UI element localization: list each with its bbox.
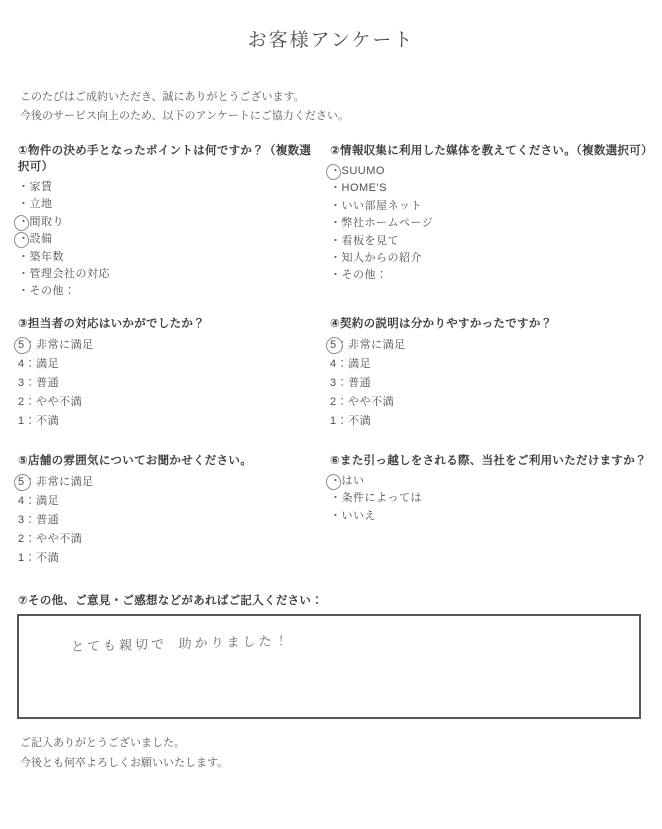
option-label: やや不満 — [36, 396, 82, 408]
option-marker-glyph: ・ — [330, 165, 342, 177]
option-marker: ・ — [330, 250, 342, 267]
option-marker-glyph: ・ — [18, 233, 30, 245]
option-marker: 5 — [18, 473, 25, 492]
option-marker: ・ — [330, 215, 342, 232]
option-label: 非常に満足 — [36, 476, 94, 488]
option-marker-glyph: ・ — [330, 269, 342, 281]
option-label: 弊社ホームページ — [342, 217, 434, 229]
option-marker-glyph: 4 — [330, 358, 337, 370]
question-7-title: ⑦その他、ご意見・ご感想などがあればご記入ください： — [18, 592, 323, 608]
option-marker: 1 — [330, 412, 337, 431]
option-separator: ： — [337, 339, 349, 351]
option-label: 看板を見て — [342, 235, 400, 247]
option-marker-glyph: 5 — [18, 476, 25, 488]
option-label: 満足 — [36, 495, 59, 507]
question-1-options: ・家賃 ・立地 ・間取り ・設備 ・築年数 ・管理会社の対応 ・その他： — [18, 179, 323, 301]
option-marker-glyph: 3 — [18, 514, 25, 526]
option-marker-glyph: ・ — [330, 492, 342, 504]
option-label: その他： — [30, 285, 76, 297]
option-label: SUUMO — [342, 165, 385, 177]
option-label: 普通 — [36, 377, 59, 389]
survey-option: ・築年数 — [18, 249, 323, 266]
survey-option: ・間取り — [18, 214, 323, 231]
option-marker: ・ — [18, 214, 30, 231]
option-marker: ・ — [330, 267, 342, 284]
option-label: やや不満 — [348, 396, 394, 408]
option-label: 家賃 — [30, 181, 53, 193]
option-marker-glyph: 3 — [18, 377, 25, 389]
option-separator: ： — [25, 552, 37, 564]
option-marker: ・ — [18, 196, 30, 213]
option-marker: 1 — [18, 549, 25, 568]
question-6-use-again: ⑥また引っ越しをされる際、当社をご利用いただけますか？ ・はい ・条件によっては… — [330, 452, 655, 525]
survey-option: 5：非常に満足 — [330, 336, 655, 355]
option-marker: ・ — [330, 180, 342, 197]
option-marker: ・ — [330, 163, 342, 180]
option-label: やや不満 — [36, 533, 82, 545]
option-label: 普通 — [36, 514, 59, 526]
option-label: はい — [342, 475, 365, 487]
option-marker: ・ — [18, 283, 30, 300]
option-marker-glyph: ・ — [330, 252, 342, 264]
option-marker: 2 — [18, 393, 25, 412]
footer-line-2: 今後とも何卒よろしくお願いいたします。 — [20, 753, 228, 773]
option-marker-glyph: ・ — [330, 510, 342, 522]
option-marker-glyph: 2 — [330, 396, 337, 408]
option-label: 条件によっては — [342, 492, 423, 504]
comment-box: とても親切で 助かりました！ — [17, 614, 641, 719]
option-marker: ・ — [330, 508, 342, 525]
question-4-contract-rating: ④契約の説明は分かりやすかったですか？ 5：非常に満足 4：満足 3：普通 2：… — [330, 315, 655, 431]
option-separator: ： — [25, 339, 37, 351]
survey-option: 5：非常に満足 — [18, 336, 323, 355]
option-marker: 4 — [18, 492, 25, 511]
option-marker: 4 — [18, 355, 25, 374]
option-marker-glyph: 1 — [18, 552, 25, 564]
survey-option: ・はい — [330, 473, 655, 490]
option-marker-glyph: 3 — [330, 377, 337, 389]
survey-document: お客様アンケート このたびはご成約いただき、誠にありがとうございます。 今後のサ… — [0, 0, 662, 829]
question-5-title: ⑤店舗の雰囲気についてお聞かせください。 — [18, 452, 323, 468]
option-marker: 5 — [330, 336, 337, 355]
survey-option: 2：やや不満 — [18, 393, 323, 412]
option-marker: ・ — [18, 179, 30, 196]
option-marker-glyph: 5 — [330, 339, 337, 351]
option-separator: ： — [25, 415, 37, 427]
option-marker: ・ — [330, 473, 342, 490]
option-marker-glyph: ・ — [18, 285, 30, 297]
option-marker: 3 — [18, 511, 25, 530]
survey-option: 1：不満 — [18, 549, 323, 568]
survey-option: 1：不満 — [18, 412, 323, 431]
question-5-options: 5：非常に満足 4：満足 3：普通 2：やや不満 1：不満 — [18, 473, 323, 568]
option-label: 築年数 — [30, 251, 65, 263]
option-label: いいえ — [342, 510, 377, 522]
option-marker-glyph: 2 — [18, 396, 25, 408]
survey-option: ・いい部屋ネット — [330, 198, 655, 215]
option-marker-glyph: 4 — [18, 358, 25, 370]
option-marker-glyph: ・ — [18, 268, 30, 280]
option-label: 間取り — [30, 216, 65, 228]
option-label: 不満 — [36, 415, 59, 427]
survey-option: ・弊社ホームページ — [330, 215, 655, 232]
question-6-title: ⑥また引っ越しをされる際、当社をご利用いただけますか？ — [330, 452, 655, 468]
option-label: 非常に満足 — [348, 339, 406, 351]
option-marker-glyph: ・ — [18, 216, 30, 228]
option-separator: ： — [25, 476, 37, 488]
question-6-options: ・はい ・条件によっては ・いいえ — [330, 473, 655, 525]
survey-option: ・その他： — [18, 283, 323, 300]
option-marker: 2 — [18, 530, 25, 549]
question-4-title: ④契約の説明は分かりやすかったですか？ — [330, 315, 655, 331]
survey-option: 3：普通 — [330, 374, 655, 393]
intro-line-1: このたびはご成約いただき、誠にありがとうございます。 — [20, 88, 349, 107]
survey-option: 3：普通 — [18, 511, 323, 530]
option-marker: 2 — [330, 393, 337, 412]
option-marker-glyph: ・ — [18, 181, 30, 193]
survey-option: ・看板を見て — [330, 233, 655, 250]
survey-option: 4：満足 — [18, 492, 323, 511]
survey-option: ・家賃 — [18, 179, 323, 196]
footer-text: ご記入ありがとうございました。 今後とも何卒よろしくお願いいたします。 — [20, 733, 228, 773]
option-label: 設備 — [30, 233, 53, 245]
question-1-property-points: ①物件の決め手となったポイントは何ですか？（複数選択可） ・家賃 ・立地 ・間取… — [18, 142, 323, 301]
survey-option: 4：満足 — [18, 355, 323, 374]
survey-option: 4：満足 — [330, 355, 655, 374]
survey-option: 3：普通 — [18, 374, 323, 393]
survey-option: ・設備 — [18, 231, 323, 248]
survey-option: 2：やや不満 — [330, 393, 655, 412]
survey-option: ・管理会社の対応 — [18, 266, 323, 283]
option-separator: ： — [25, 396, 37, 408]
option-separator: ： — [25, 495, 37, 507]
option-label: その他： — [342, 269, 388, 281]
option-marker-glyph: 1 — [18, 415, 25, 427]
option-label: 満足 — [36, 358, 59, 370]
option-marker-glyph: 4 — [18, 495, 25, 507]
option-marker: ・ — [330, 233, 342, 250]
handwritten-comment: とても親切で 助かりました！ — [71, 630, 291, 655]
survey-option: 5：非常に満足 — [18, 473, 323, 492]
question-3-staff-rating: ③担当者の対応はいかがでしたか？ 5：非常に満足 4：満足 3：普通 2：やや不… — [18, 315, 323, 431]
option-marker: 3 — [18, 374, 25, 393]
intro-line-2: 今後のサービス向上のため、以下のアンケートにご協力ください。 — [20, 107, 349, 126]
survey-option: ・立地 — [18, 196, 323, 213]
survey-option: ・条件によっては — [330, 490, 655, 507]
option-separator: ： — [337, 415, 349, 427]
survey-option: ・HOME'S — [330, 180, 655, 197]
option-separator: ： — [25, 358, 37, 370]
question-1-title: ①物件の決め手となったポイントは何ですか？（複数選択可） — [18, 142, 323, 174]
option-marker-glyph: ・ — [330, 217, 342, 229]
option-label: 不満 — [348, 415, 371, 427]
option-marker-glyph: ・ — [330, 235, 342, 247]
question-2-title: ②情報収集に利用した媒体を教えてください。（複数選択可） — [330, 142, 655, 158]
question-4-options: 5：非常に満足 4：満足 3：普通 2：やや不満 1：不満 — [330, 336, 655, 431]
question-5-shop-atmosphere-rating: ⑤店舗の雰囲気についてお聞かせください。 5：非常に満足 4：満足 3：普通 2… — [18, 452, 323, 568]
option-marker: ・ — [18, 231, 30, 248]
option-label: 不満 — [36, 552, 59, 564]
option-separator: ： — [25, 377, 37, 389]
survey-option: 1：不満 — [330, 412, 655, 431]
option-separator: ： — [337, 358, 349, 370]
survey-option: ・その他： — [330, 267, 655, 284]
question-3-options: 5：非常に満足 4：満足 3：普通 2：やや不満 1：不満 — [18, 336, 323, 431]
option-marker: ・ — [330, 198, 342, 215]
option-label: 管理会社の対応 — [30, 268, 111, 280]
option-marker: ・ — [18, 249, 30, 266]
question-2-options: ・SUUMO ・HOME'S ・いい部屋ネット ・弊社ホームページ ・看板を見て… — [330, 163, 655, 285]
page-title: お客様アンケート — [0, 25, 662, 52]
question-2-media-sources: ②情報収集に利用した媒体を教えてください。（複数選択可） ・SUUMO ・HOM… — [330, 142, 655, 285]
option-marker: ・ — [330, 490, 342, 507]
option-label: 知人からの紹介 — [342, 252, 423, 264]
option-marker: 4 — [330, 355, 337, 374]
survey-option: 2：やや不満 — [18, 530, 323, 549]
survey-option: ・SUUMO — [330, 163, 655, 180]
option-separator: ： — [337, 377, 349, 389]
intro-text: このたびはご成約いただき、誠にありがとうございます。 今後のサービス向上のため、… — [20, 88, 349, 126]
option-separator: ： — [337, 396, 349, 408]
option-label: 立地 — [30, 198, 53, 210]
option-marker-glyph: ・ — [330, 182, 342, 194]
option-marker: 1 — [18, 412, 25, 431]
option-label: 満足 — [348, 358, 371, 370]
option-marker: ・ — [18, 266, 30, 283]
option-marker-glyph: 5 — [18, 339, 25, 351]
survey-option: ・いいえ — [330, 508, 655, 525]
option-separator: ： — [25, 533, 37, 545]
option-label: いい部屋ネット — [342, 200, 423, 212]
option-marker-glyph: 2 — [18, 533, 25, 545]
option-label: 普通 — [348, 377, 371, 389]
option-marker-glyph: 1 — [330, 415, 337, 427]
question-3-title: ③担当者の対応はいかがでしたか？ — [18, 315, 323, 331]
option-marker: 3 — [330, 374, 337, 393]
option-marker-glyph: ・ — [330, 200, 342, 212]
option-marker-glyph: ・ — [330, 475, 342, 487]
option-marker-glyph: ・ — [18, 198, 30, 210]
survey-option: ・知人からの紹介 — [330, 250, 655, 267]
footer-line-1: ご記入ありがとうございました。 — [20, 733, 228, 753]
option-marker-glyph: ・ — [18, 251, 30, 263]
option-marker: 5 — [18, 336, 25, 355]
option-separator: ： — [25, 514, 37, 526]
option-label: HOME'S — [342, 182, 387, 194]
option-label: 非常に満足 — [36, 339, 94, 351]
